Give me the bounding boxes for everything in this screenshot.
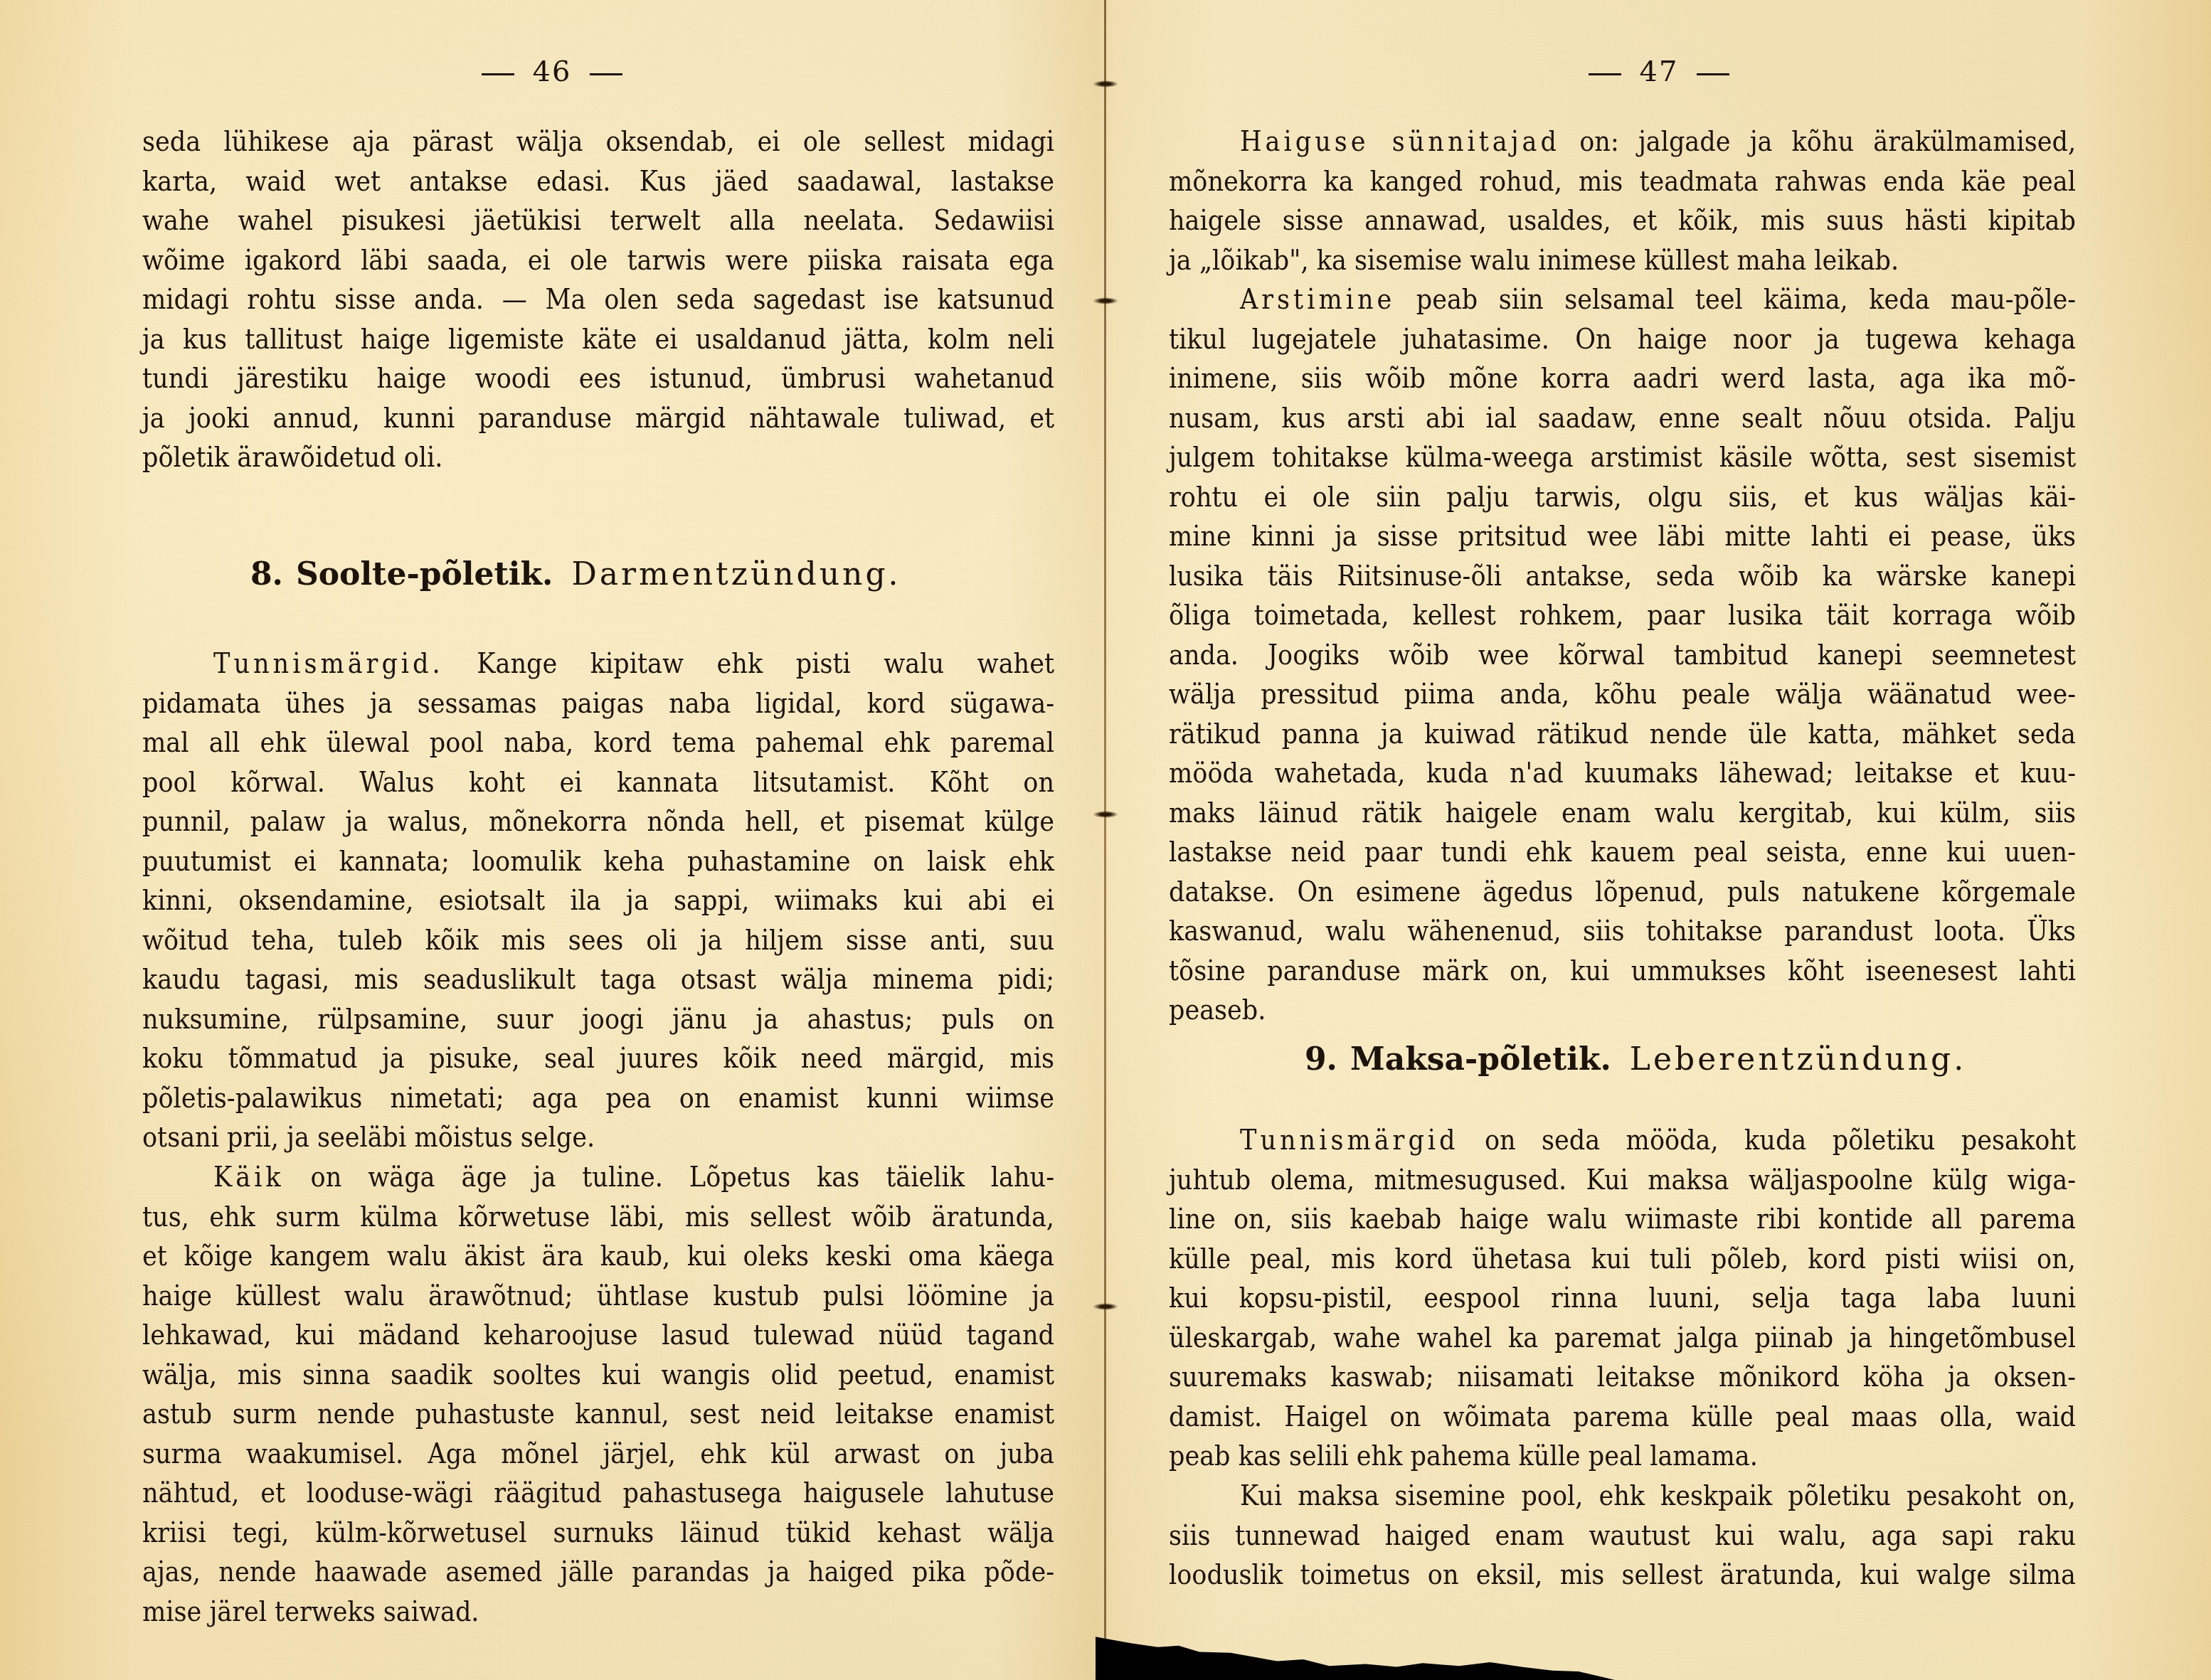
- text-line: nuksumine, rülpsamine, suur joogi jänu j…: [142, 1000, 1054, 1040]
- text-line: kriisi tegi, külm-kõrwetusel surnuks läi…: [142, 1514, 1054, 1553]
- paragraph-lead: Haiguse sünnitajad: [1240, 126, 1560, 158]
- text-line: otsani prii, ja seeläbi mõistus selge.: [142, 1118, 1054, 1158]
- text-line: surma waakumisel. Aga mõnel järjel, ehk …: [142, 1435, 1054, 1474]
- text-line: tus, ehk surm külma kõrwetuse läbi, mis …: [142, 1198, 1054, 1238]
- text-line: datakse. On esimene ägedus lõpenud, puls…: [1169, 873, 2076, 913]
- text-line: ajas, nende haawade asemed jälle paranda…: [142, 1553, 1054, 1593]
- text-line: juhtub olema, mitmesugused. Kui maksa wä…: [1169, 1161, 2076, 1201]
- text-line: koku tõmmatud ja pisuke, seal juures kõi…: [142, 1039, 1054, 1079]
- text-line: wõitud teha, tuleb kõik mis sees oli ja …: [142, 921, 1054, 961]
- folio-dash: [1589, 73, 1621, 75]
- text-line: kinni, oksendamine, esiotsalt ila ja sap…: [142, 881, 1054, 921]
- causes-paragraph: Haiguse sünnitajad on: jalgade ja kõhu ä…: [1169, 122, 2076, 280]
- section-number: 9.: [1305, 1041, 1337, 1078]
- text-line: kaudu tagasi, mis seaduslikult taga otsa…: [142, 960, 1054, 1000]
- text-line: nusam, kus arsti abi ial saadaw, enne se…: [1169, 399, 2076, 439]
- text-line: mööda wahetada, kuda n'ad kuumaks lähewa…: [1169, 754, 2076, 794]
- symptoms-paragraph: Tunnismärgid. Kange kipitaw ehk pisti wa…: [142, 644, 1054, 1158]
- text-line: peab kas selili ehk pahema külle peal la…: [1169, 1437, 2076, 1477]
- text-line: puutumist ei kannata; loomulik keha puha…: [142, 842, 1054, 882]
- text-line: haige küllest walu ärawõtnud; ühtlase ku…: [142, 1277, 1054, 1317]
- section-title-estonian: Maksa-põletik.: [1350, 1041, 1611, 1078]
- text-line: damist. Haigel on wõimata parema külle p…: [1169, 1398, 2076, 1437]
- continued-paragraph: seda lühikese aja pärast wälja oksendab,…: [142, 122, 1054, 478]
- text-line: haigele sisse annawad, usaldes, et kõik,…: [1169, 201, 2076, 241]
- folio-dash: [590, 73, 622, 75]
- text-line: põletik ärawõidetud oli.: [142, 438, 1054, 478]
- treatment-paragraph: Arstimine peab siin selsamal teel käima,…: [1169, 280, 2076, 1031]
- text-line: mal all ehk ülewal pool naba, kord tema …: [142, 723, 1054, 763]
- text-line: siis tunnewad haiged enam wautust kui wa…: [1169, 1516, 2076, 1556]
- text-line: üleskargab, wahe wahel ka paremat jalga …: [1169, 1319, 2076, 1359]
- section-title-estonian: Soolte-põletik.: [296, 556, 553, 592]
- text-line: tikul lugejatele juhatasime. On haige no…: [1169, 320, 2076, 360]
- text-line: lastakse neid paar tundi ehk kauem peal …: [1169, 833, 2076, 873]
- text-line: Kui maksa sisemine pool, ehk keskpaik põ…: [1169, 1477, 2076, 1516]
- text-line: ja jooki annud, kunni paranduse märgid n…: [142, 399, 1054, 439]
- text-line: lusika täis Riitsinuse-õli antakse, seda…: [1169, 557, 2076, 597]
- right-page: 47 Haiguse sünnitajad on: jalgade ja kõh…: [1107, 0, 2211, 1680]
- text-line: suuremaks kaswab; niisamati leitakse mõn…: [1169, 1358, 2076, 1398]
- folio-dash: [1697, 73, 1729, 75]
- text-line: midagi rohtu sisse anda. — Ma olen seda …: [142, 280, 1054, 320]
- book-spine: [1104, 0, 1106, 1680]
- text-line: lehkawad, kui mädand keharoojuse lasud t…: [142, 1316, 1054, 1356]
- text-line: wälja, mis sinna saadik sooltes kui wang…: [142, 1356, 1054, 1395]
- text-line: wahe wahel pisukesi jäetükisi terwelt al…: [142, 201, 1054, 241]
- course-paragraph: Käik on wäga äge ja tuline. Lõpetus kas …: [142, 1158, 1054, 1632]
- text-line: kui kopsu-pistil, eespool rinna luuni, s…: [1169, 1279, 2076, 1319]
- page-number-right: 47: [1107, 55, 2211, 88]
- paragraph-lead: Arstimine: [1240, 284, 1395, 316]
- text-line: pool kõrwal. Walus koht ei kannata litsu…: [142, 763, 1054, 803]
- text-line: mise järel terweks saiwad.: [142, 1593, 1054, 1632]
- text-line: pidamata ühes ja sessamas paigas naba li…: [142, 684, 1054, 724]
- book-spread: 46 seda lühikese aja pärast wälja oksend…: [0, 0, 2211, 1680]
- folio-dash: [482, 73, 514, 75]
- text-line: mõnekorra ka kanged rohud, mis teadmata …: [1169, 162, 2076, 202]
- text-line: ja kus tallitust haige ligemiste käte ei…: [142, 320, 1054, 360]
- paragraph-lead: Tunnismärgid.: [213, 648, 444, 680]
- text-line: õliga toimetada, kellest rohkem, paar lu…: [1169, 596, 2076, 636]
- text-line: rätikud panna ja kuiwad rätikud nende ül…: [1169, 715, 2076, 755]
- text-line: wälja pressitud piima anda, kõhu peale w…: [1169, 675, 2076, 715]
- text-line: punnil, palaw ja walus, mõnekorra nõnda …: [142, 802, 1054, 842]
- text-line: põletis-palawikus nimetati; aga pea on e…: [142, 1079, 1054, 1119]
- paragraph-lead: Käik: [213, 1161, 285, 1193]
- text-line: Haiguse sünnitajad on: jalgade ja kõhu ä…: [1169, 122, 2076, 162]
- text-line: Käik on wäga äge ja tuline. Lõpetus kas …: [142, 1158, 1054, 1198]
- text-line: julgem tohitakse külma-weega arstimist k…: [1169, 438, 2076, 478]
- liver-symptoms-paragraph: Tunnismärgid on seda mööda, kuda põletik…: [1169, 1121, 2076, 1477]
- section-title-german: Leberentzündung.: [1630, 1041, 1966, 1078]
- text-line: peaseb.: [1169, 991, 2076, 1031]
- text-line: inimene, siis wõib mõne korra aadri werd…: [1169, 359, 2076, 399]
- text-line: karta, waid wet antakse edasi. Kus jäed …: [142, 162, 1054, 202]
- text-line: Arstimine peab siin selsamal teel käima,…: [1169, 280, 2076, 320]
- section-heading-8: 8.Soolte-põletik.Darmentzündung.: [250, 556, 901, 592]
- text-line: maks läinud rätik haigele enam walu kerg…: [1169, 794, 2076, 834]
- text-line: astub surm nende puhastuste kannul, sest…: [142, 1395, 1054, 1435]
- text-line: seda lühikese aja pärast wälja oksendab,…: [142, 122, 1054, 162]
- text-line: rohtu ei ole siin palju tarwis, olgu sii…: [1169, 478, 2076, 518]
- text-line: tundi järestiku haige woodi ees istunud,…: [142, 359, 1054, 399]
- text-line: nähtud, et looduse-wägi räägitud pahastu…: [142, 1474, 1054, 1514]
- text-line: Tunnismärgid on seda mööda, kuda põletik…: [1169, 1121, 2076, 1161]
- paragraph-lead: Tunnismärgid: [1240, 1125, 1459, 1157]
- section-number: 8.: [250, 556, 283, 592]
- section-heading-9: 9.Maksa-põletik.Leberentzündung.: [1305, 1041, 1966, 1078]
- text-line: looduslik toimetus on eksil, mis sellest…: [1169, 1556, 2076, 1595]
- section-title-german: Darmentzündung.: [571, 556, 901, 592]
- text-line: ja „lõikab", ka sisemise walu inimese kü…: [1169, 241, 2076, 281]
- text-line: et kõige kangem walu äkist ära kaub, kui…: [142, 1237, 1054, 1277]
- text-line: mine kinni ja sisse pritsitud wee läbi m…: [1169, 517, 2076, 557]
- text-line: tõsine paranduse märk on, kui ummukses k…: [1169, 952, 2076, 991]
- inner-liver-paragraph: Kui maksa sisemine pool, ehk keskpaik põ…: [1169, 1477, 2076, 1595]
- text-line: wõime igakord läbi saada, ei ole tarwis …: [142, 241, 1054, 281]
- text-line: Tunnismärgid. Kange kipitaw ehk pisti wa…: [142, 644, 1054, 684]
- left-page: 46 seda lühikese aja pärast wälja oksend…: [0, 0, 1104, 1680]
- text-line: line on, siis kaebab haige walu wiimaste…: [1169, 1200, 2076, 1240]
- text-line: anda. Joogiks wõib wee kõrwal tambitud k…: [1169, 636, 2076, 676]
- page-number-left: 46: [0, 55, 1104, 88]
- text-line: kaswanud, walu wähenenud, siis tohitakse…: [1169, 912, 2076, 952]
- text-line: külle peal, mis kord ühetasa kui tuli põ…: [1169, 1240, 2076, 1280]
